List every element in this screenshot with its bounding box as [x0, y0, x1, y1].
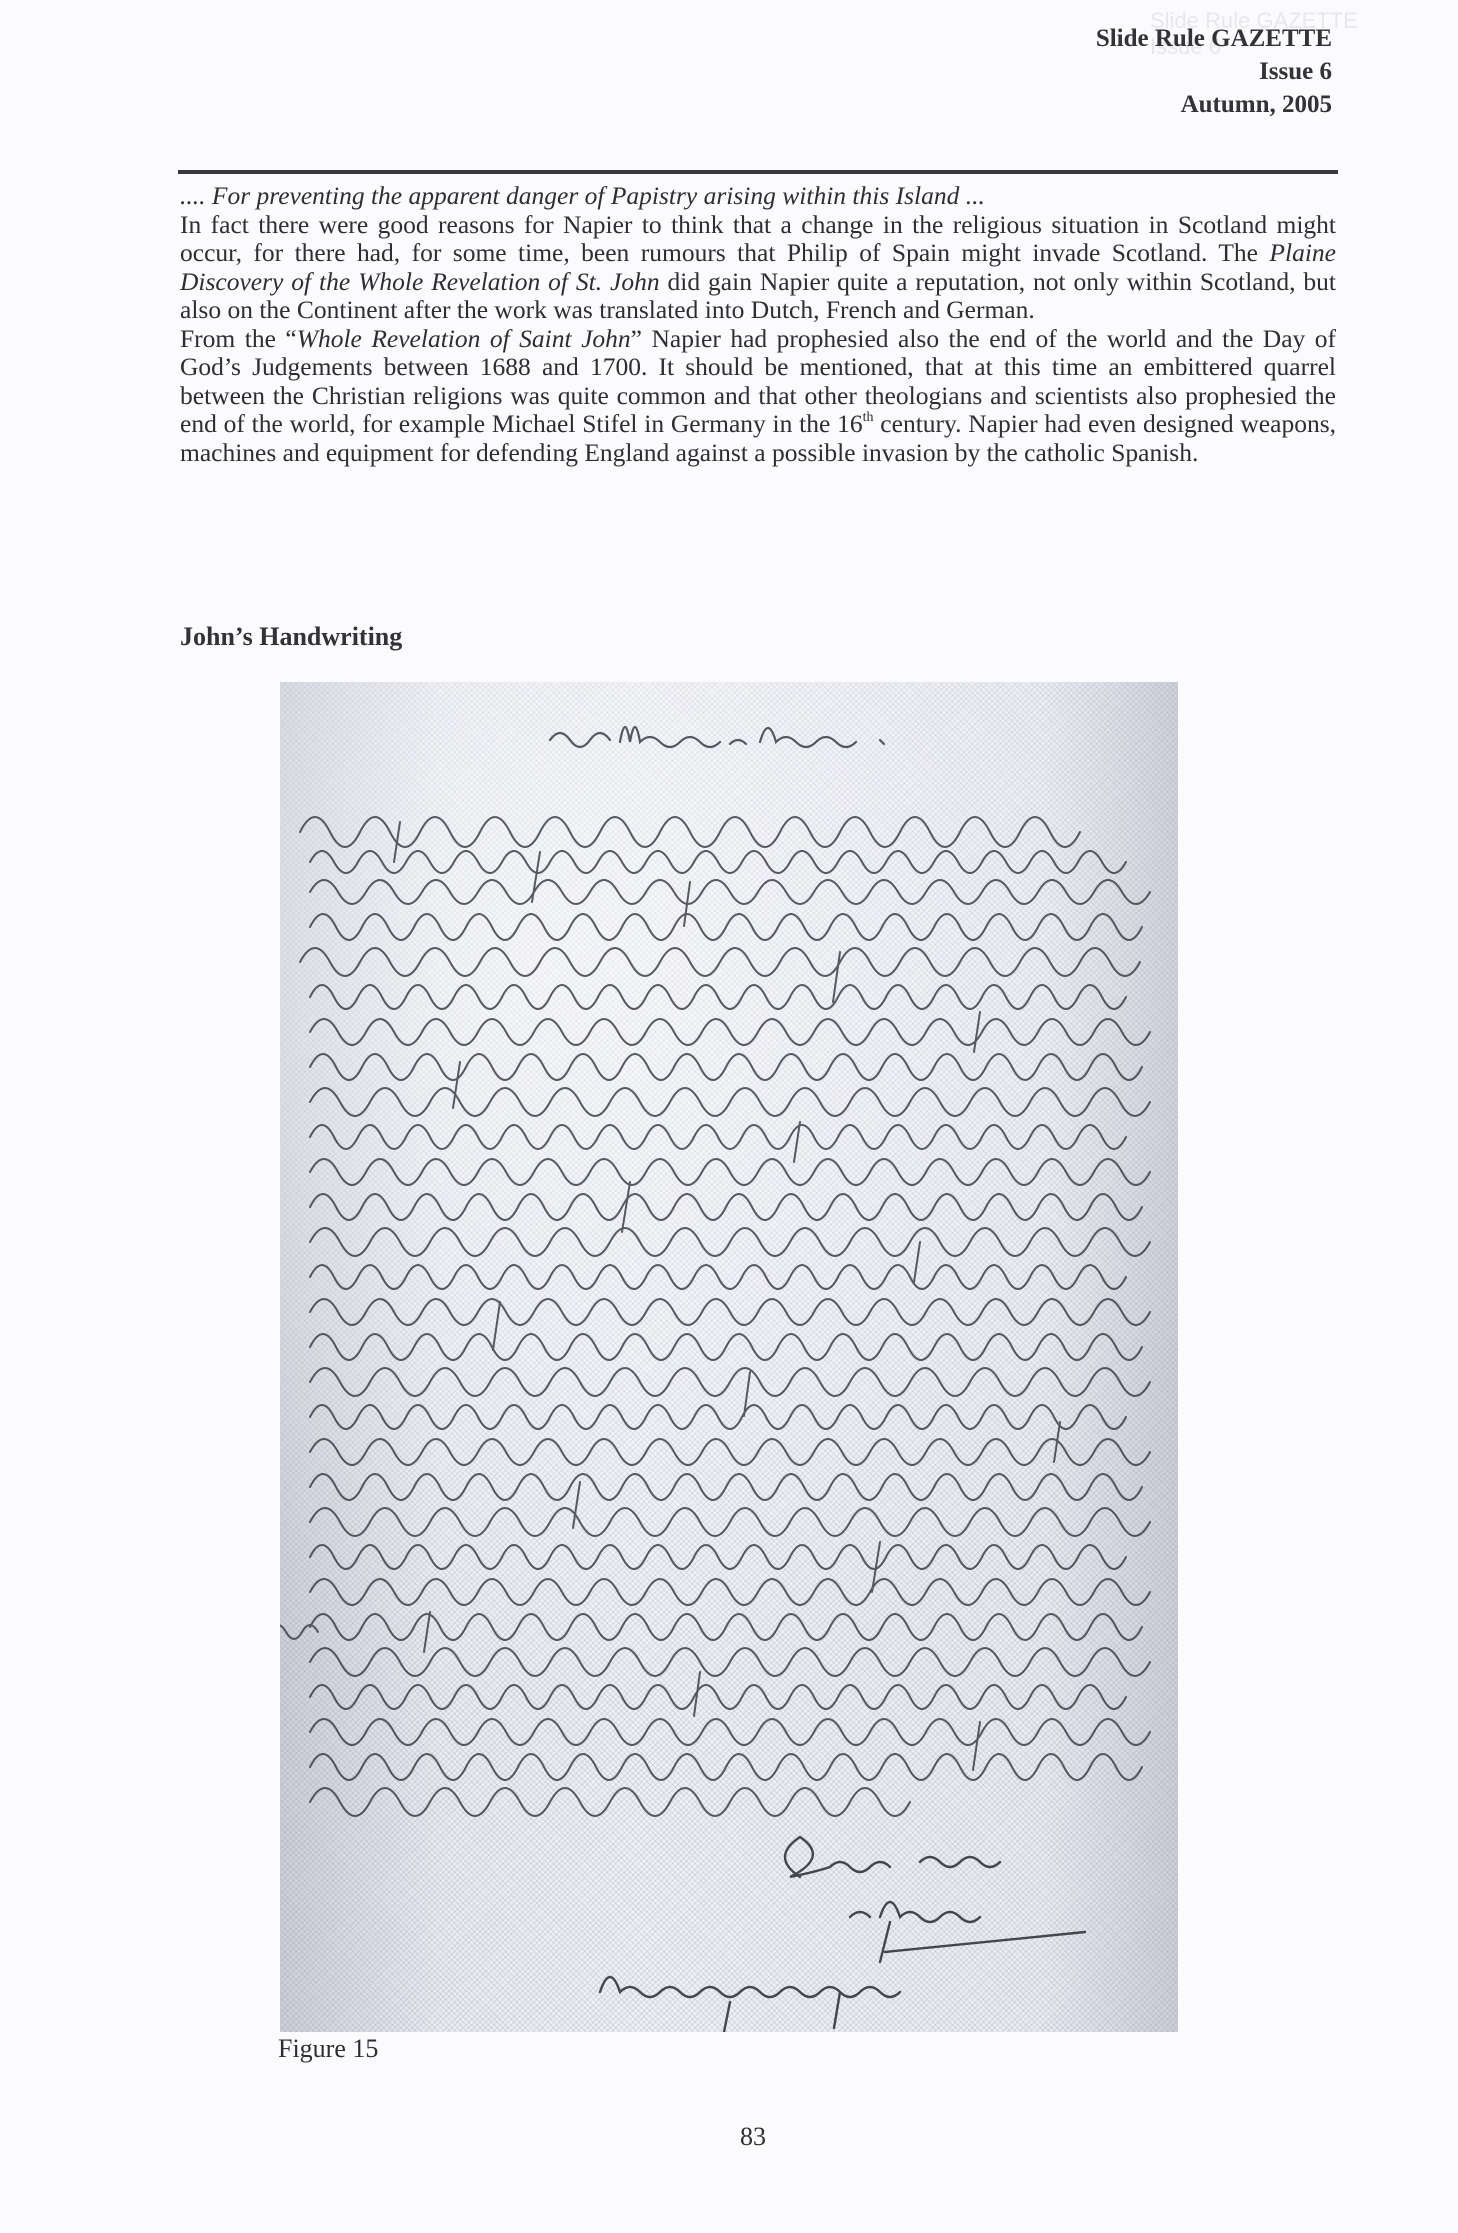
quote-line: .... For preventing the apparent danger …: [180, 182, 1336, 211]
section-heading: John’s Handwriting: [180, 622, 402, 652]
book-title: Whole Revelation of Saint John: [297, 324, 631, 353]
manuscript-figure: [280, 682, 1178, 2032]
paragraph-text: In fact there were good reasons for Napi…: [180, 210, 1336, 268]
header-rule: [178, 170, 1338, 174]
paragraph-1: In fact there were good reasons for Napi…: [180, 211, 1336, 325]
page-header: Slide Rule GAZETTE Issue 6 Autumn, 2005: [1096, 22, 1332, 121]
figure-caption: Figure 15: [278, 2034, 378, 2064]
ordinal-superscript: th: [863, 410, 874, 425]
issue-date: Autumn, 2005: [1096, 88, 1332, 121]
paragraph-text: From the “: [180, 324, 297, 353]
article-body: .... For preventing the apparent danger …: [180, 182, 1336, 467]
issue-number: Issue 6: [1096, 55, 1332, 88]
publication-title: Slide Rule GAZETTE: [1096, 22, 1332, 55]
page-number: 83: [740, 2122, 766, 2152]
handwriting-strokes: [280, 682, 1178, 2032]
paragraph-2: From the “Whole Revelation of Saint John…: [180, 325, 1336, 468]
